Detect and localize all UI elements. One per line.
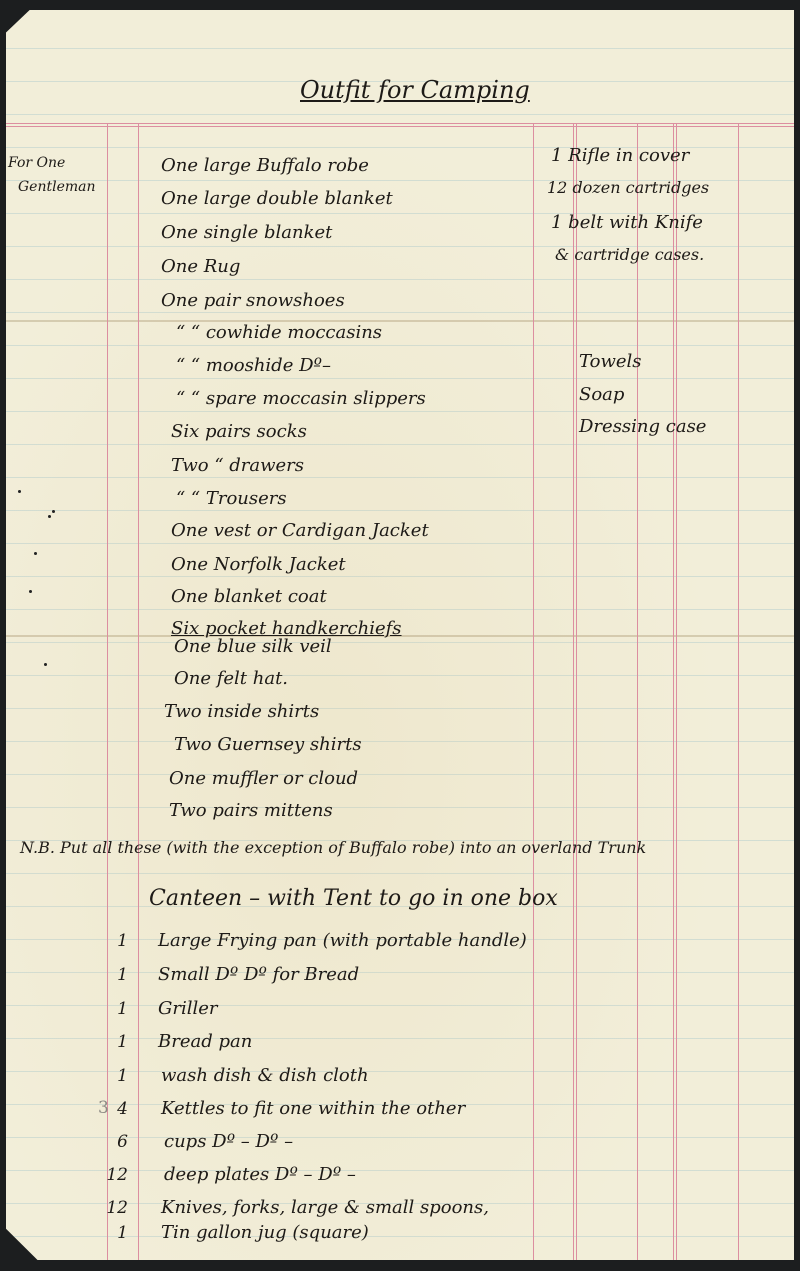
list-item: “ “ mooshide Dº– — [176, 357, 331, 375]
page-title: Outfit for Camping — [300, 78, 530, 102]
nb-note: N.B. Put all these (with the exception o… — [20, 840, 646, 856]
item-desc: Griller — [158, 1000, 218, 1018]
list-item: Six pairs socks — [171, 423, 307, 441]
list-item: One large double blanket — [161, 190, 393, 208]
item-qty: 12 — [98, 1167, 128, 1184]
item-desc: Bread pan — [158, 1033, 252, 1051]
list-item: One blue silk veil — [174, 638, 332, 656]
item-qty: 1 — [98, 1034, 128, 1051]
column-rule — [533, 123, 534, 1260]
list-item: “ “ spare moccasin slippers — [176, 390, 426, 408]
list-item: Two pairs mittens — [169, 802, 333, 820]
column-rule — [738, 123, 739, 1260]
list-item: “ “ Trousers — [176, 490, 287, 508]
list-item: Two Guernsey shirts — [174, 736, 362, 754]
list-item: One felt hat. — [174, 670, 288, 688]
list-item: One Norfolk Jacket — [171, 556, 346, 574]
list-item: One pair snowshoes — [161, 292, 345, 310]
ink-spot — [18, 490, 21, 493]
list-item: 1 belt with Knife — [551, 214, 703, 232]
item-qty: 12 — [98, 1200, 128, 1217]
manuscript-page: Outfit for Camping For One Gentleman One… — [6, 10, 794, 1260]
column-rule — [573, 123, 577, 1260]
item-desc: Tin gallon jug (square) — [161, 1224, 369, 1242]
list-item: Soap — [579, 386, 624, 404]
list-item: “ “ cowhide moccasins — [176, 324, 382, 342]
list-item: 12 dozen cartridges — [547, 180, 709, 196]
item-desc: Kettles to fit one within the other — [161, 1100, 465, 1118]
list-item: Two inside shirts — [164, 703, 319, 721]
item-qty: 1 — [98, 967, 128, 984]
item-qty: 1 — [98, 1225, 128, 1242]
list-item: One Rug — [161, 258, 240, 276]
item-qty: 1 — [98, 933, 128, 950]
item-qty: 1 — [98, 1001, 128, 1018]
margin-note-line-2: Gentleman — [18, 180, 96, 194]
ink-spot — [44, 663, 47, 666]
margin-note-line-1: For One — [8, 156, 65, 170]
column-rule — [673, 123, 677, 1260]
ink-spot — [48, 515, 51, 518]
item-desc: Small Dº Dº for Bread — [158, 966, 359, 984]
item-desc: deep plates Dº – Dº – — [164, 1166, 356, 1184]
list-item: One blanket coat — [171, 588, 327, 606]
column-rule — [107, 123, 108, 1260]
item-desc: wash dish & dish cloth — [161, 1067, 369, 1085]
list-item: Towels — [579, 353, 642, 371]
list-item: Dressing case — [579, 418, 706, 436]
canteen-heading: Canteen – with Tent to go in one box — [149, 888, 558, 910]
list-item: & cartridge cases. — [555, 247, 704, 263]
item-qty: 1 — [98, 1068, 128, 1085]
ink-spot — [29, 590, 32, 593]
list-item: One single blanket — [161, 224, 332, 242]
list-item: One large Buffalo robe — [161, 157, 369, 175]
column-rule — [138, 123, 139, 1260]
item-desc: cups Dº – Dº – — [164, 1133, 293, 1151]
item-qty: 4 — [98, 1101, 128, 1118]
list-item: Two “ drawers — [171, 457, 304, 475]
item-qty: 6 — [98, 1134, 128, 1151]
ink-spot — [34, 552, 37, 555]
ink-spot — [52, 510, 55, 513]
list-item: One vest or Cardigan Jacket — [171, 522, 429, 540]
list-item: 1 Rifle in cover — [551, 147, 689, 165]
item-desc: Large Frying pan (with portable handle) — [158, 932, 527, 950]
item-desc: Knives, forks, large & small spoons, — [161, 1199, 489, 1217]
list-item: One muffler or cloud — [169, 770, 358, 788]
column-rule — [637, 123, 638, 1260]
